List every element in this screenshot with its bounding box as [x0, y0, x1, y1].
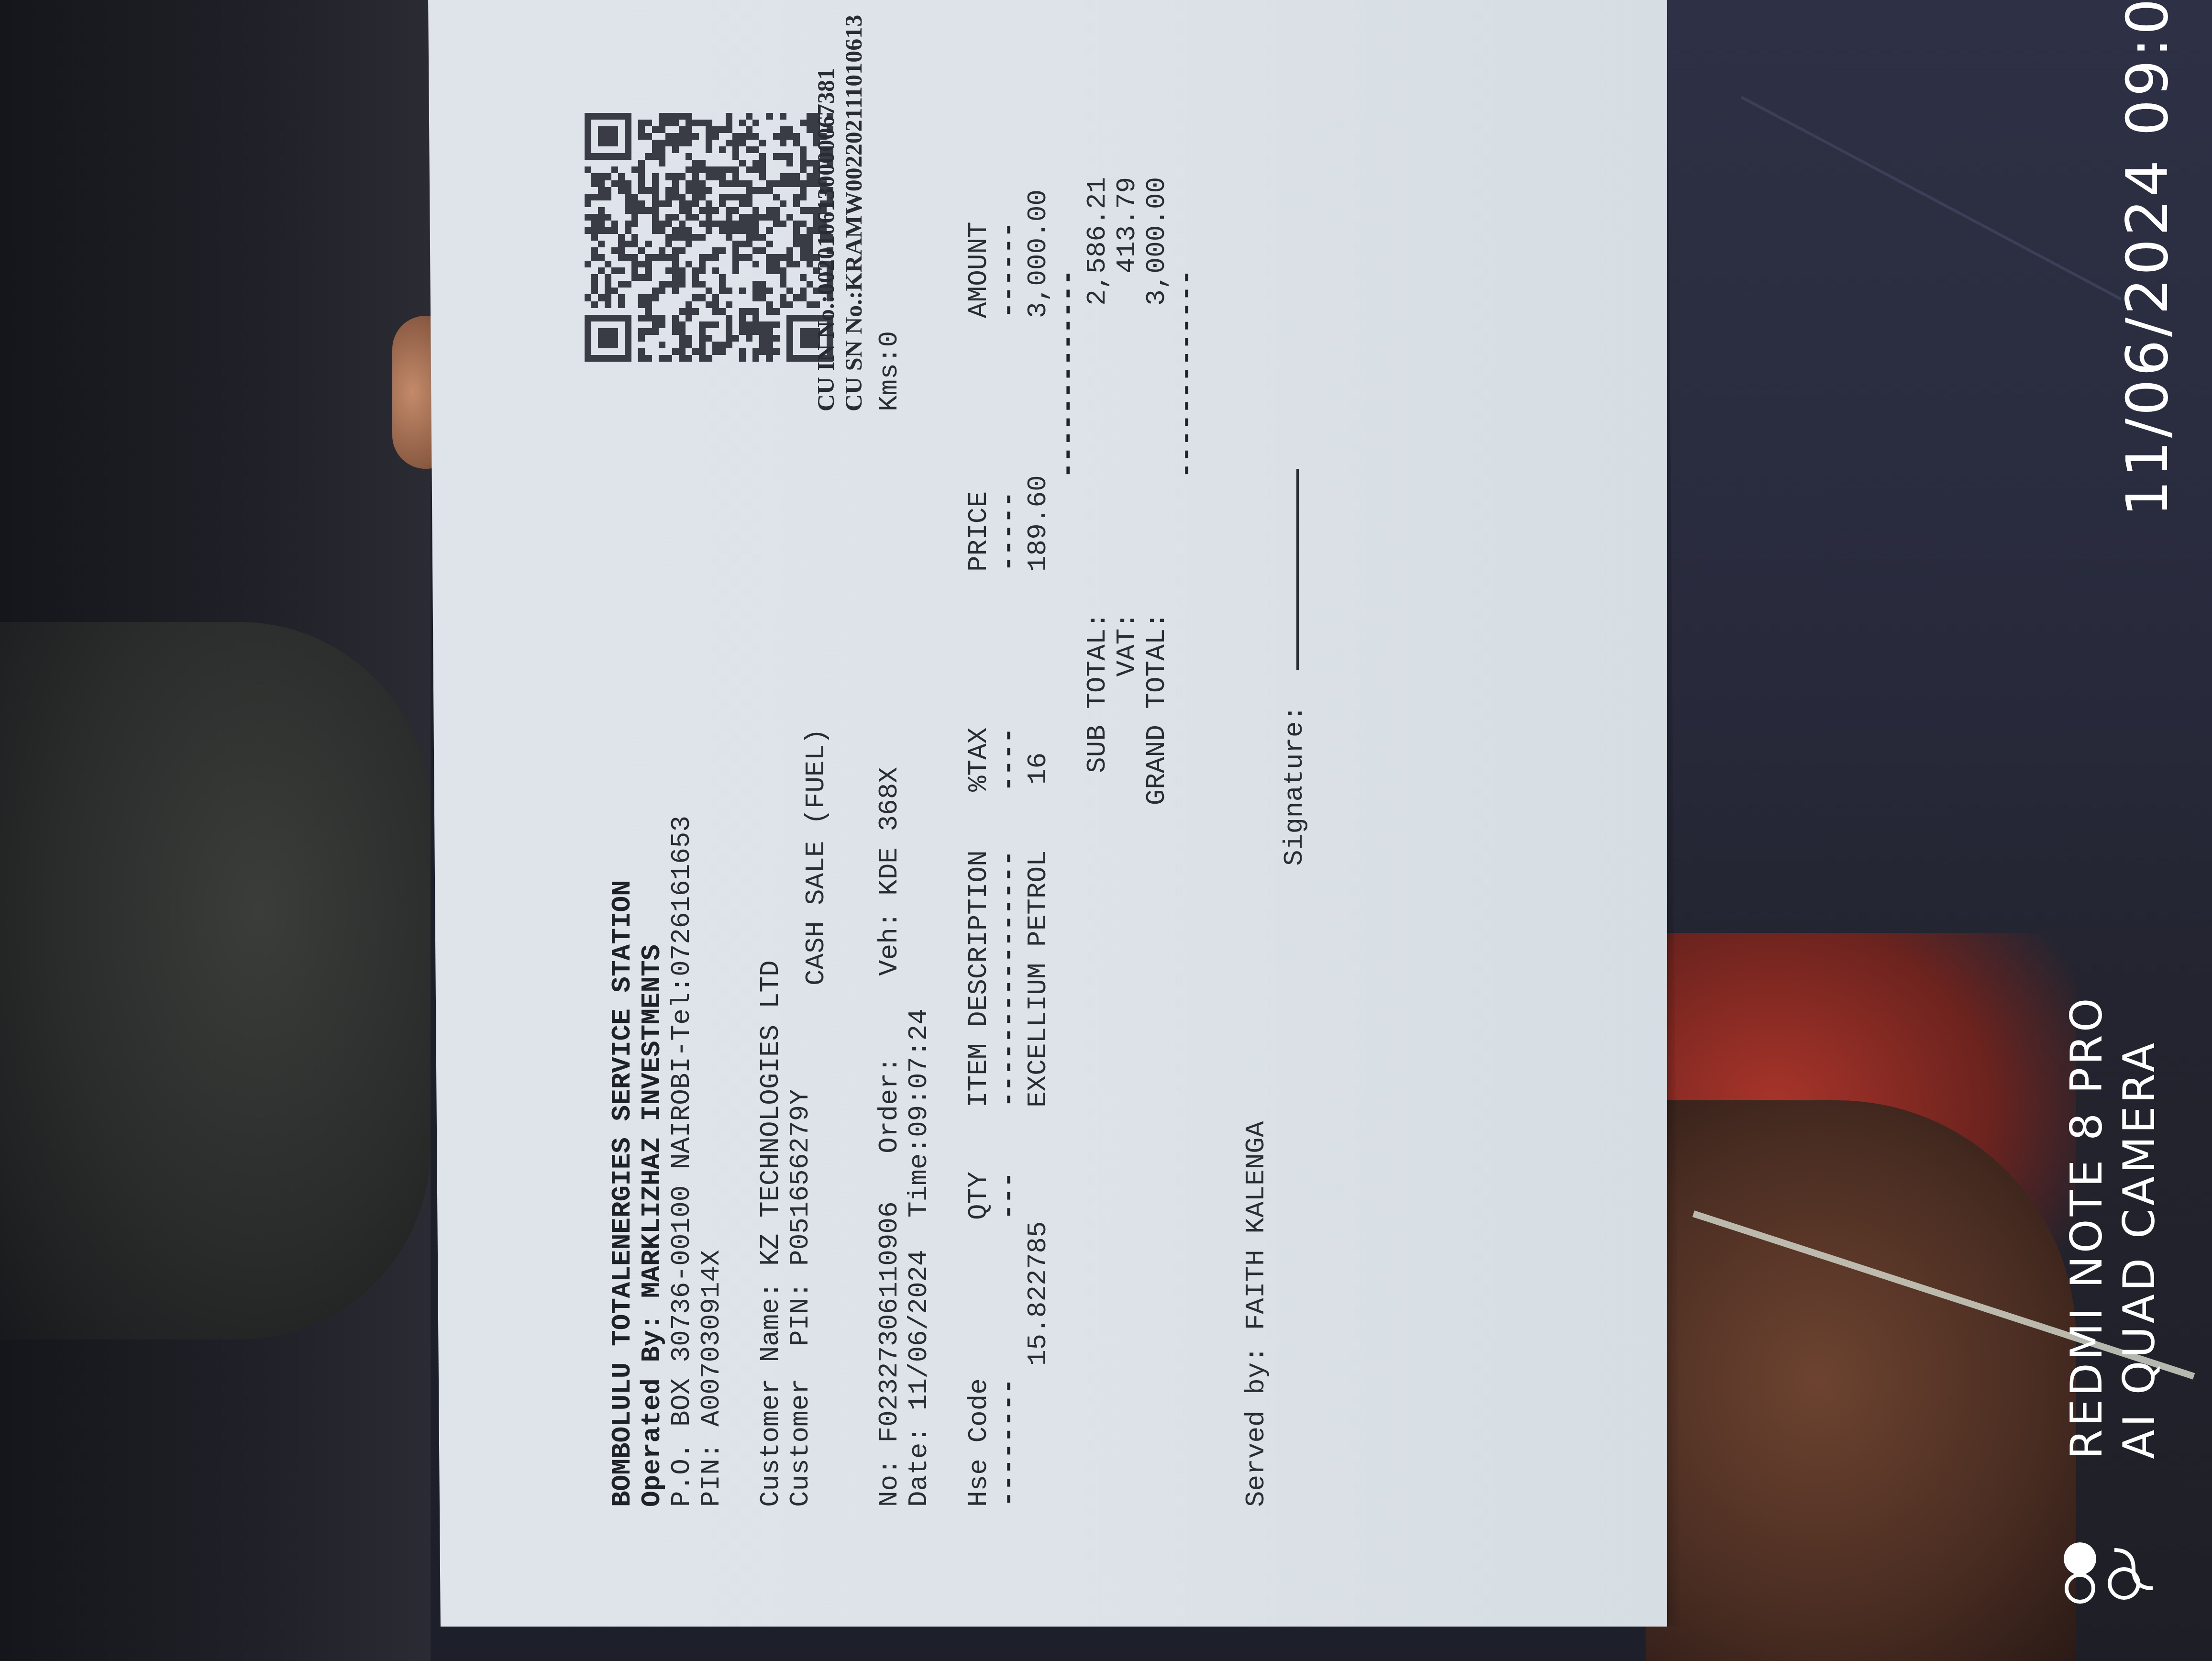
item-description: EXCELLIUM PETROL: [1023, 850, 1053, 1107]
vat-value: 413.79: [1112, 177, 1142, 383]
kms: Kms:0: [874, 331, 904, 411]
signature-line: [1296, 469, 1299, 670]
no-label: No:: [874, 1459, 905, 1507]
item-tax: 16: [1023, 753, 1053, 785]
customer-pin-value: P051656279Y: [785, 1089, 816, 1266]
watermark-camera: AI QUAD CAMERA: [2114, 1040, 2165, 1459]
cu-sn-number: CU SN No.:KRAMW002202111010613: [839, 15, 868, 411]
dash-amount: ------: [994, 221, 1023, 318]
time-label: Time:: [904, 1137, 934, 1218]
station-name: BOMBOLULU TOTALENERGIES SERVICE STATION: [608, 880, 637, 1507]
station-address: P.O. BOX 30736-00100 NAIROBI-Tel:0726161…: [667, 816, 697, 1507]
dash-hse-code: --------: [994, 1378, 1023, 1507]
dash-item-description: ----------------: [994, 850, 1023, 1107]
vehicle-label: Veh:: [874, 912, 905, 976]
operated-by: Operated By: MARKLIZHAZ INVESTMENTS: [637, 944, 667, 1507]
col-tax: %TAX: [964, 728, 994, 792]
sub-total-value: 2,586.21: [1083, 177, 1112, 383]
no-value: F02327306110906: [874, 1201, 905, 1442]
grand-total-value: 3,000.00: [1142, 177, 1172, 383]
kms-value: 0: [874, 331, 905, 347]
date-value: 11/06/2024: [904, 1250, 934, 1410]
ai-quad-camera-logo-icon: [2057, 1531, 2181, 1607]
customer-name-value: KZ TECHNOLOGIES LTD: [755, 960, 786, 1266]
operated-by-value: MARKLIZHAZ INVESTMENTS: [637, 944, 667, 1298]
item-amount: 3,000.00: [1023, 189, 1053, 318]
sale-type: CASH SALE (FUEL): [801, 728, 831, 986]
background-left: [0, 0, 431, 1661]
watermark-device: REDMI NOTE 8 PRO: [2062, 995, 2112, 1459]
grand-total-label: GRAND TOTAL:: [1142, 612, 1172, 813]
dash-qty: ---: [994, 1172, 1023, 1220]
served-by-label: Served by:: [1241, 1346, 1272, 1507]
table-row: 15.822785 EXCELLIUM PETROL 16 189.60 3,0…: [1644, 0, 1852, 1627]
served-by-value: FAITH KALENGA: [1241, 1121, 1272, 1330]
operated-by-label: Operated By:: [637, 1314, 667, 1507]
vehicle: Veh: KDE 368X: [874, 767, 904, 976]
customer-name-label: Customer Name:: [755, 1282, 786, 1507]
dash-price: -----: [994, 491, 1023, 572]
dash-tax: ----: [994, 728, 1023, 792]
col-amount: AMOUNT: [964, 221, 994, 318]
vehicle-value: KDE 368X: [874, 767, 905, 896]
kms-label: Kms:: [874, 347, 905, 411]
col-hse-code: Hse Code: [964, 1378, 994, 1507]
sub-total-label: SUB TOTAL:: [1083, 612, 1112, 813]
col-price: PRICE: [964, 491, 994, 572]
watermark-datetime: 11/06/2024 09:08: [2114, 0, 2181, 517]
vat-label: VAT:: [1112, 612, 1142, 813]
customer-pin: Customer PIN: P051656279Y: [785, 1089, 815, 1507]
station-pin: PIN: A007030914X: [697, 1250, 726, 1507]
col-item-description: ITEM DESCRIPTION: [964, 850, 994, 1107]
col-qty: QTY: [964, 1172, 994, 1220]
customer-pin-label: Customer PIN:: [785, 1282, 816, 1507]
totals-rule: -------------: [1053, 269, 1083, 478]
item-price: 189.60: [1023, 475, 1053, 572]
item-qty: 15.822785: [1023, 1221, 1053, 1366]
date-label: Date:: [904, 1427, 934, 1507]
time-value: 09:07:24: [904, 1008, 934, 1137]
receipt: BOMBOLULU TOTALENERGIES SERVICE STATION …: [428, 0, 1672, 1627]
signature-label: Signature:: [1280, 705, 1309, 866]
order-label: Order:: [874, 1057, 905, 1153]
cu-in-number: CU IN No.:0020106130000067381: [811, 68, 841, 411]
receipt-number: No: F02327306110906 Order:: [874, 1057, 904, 1507]
customer-name: Customer Name: KZ TECHNOLOGIES LTD: [756, 960, 785, 1507]
served-by: Served by: FAITH KALENGA: [1241, 1121, 1271, 1507]
receipt-date: Date: 11/06/2024 Time:09:07:24: [904, 1008, 934, 1507]
grand-total-rule: -------------: [1172, 269, 1201, 478]
car-seat: [0, 622, 431, 1340]
qr-code: [555, 177, 804, 426]
